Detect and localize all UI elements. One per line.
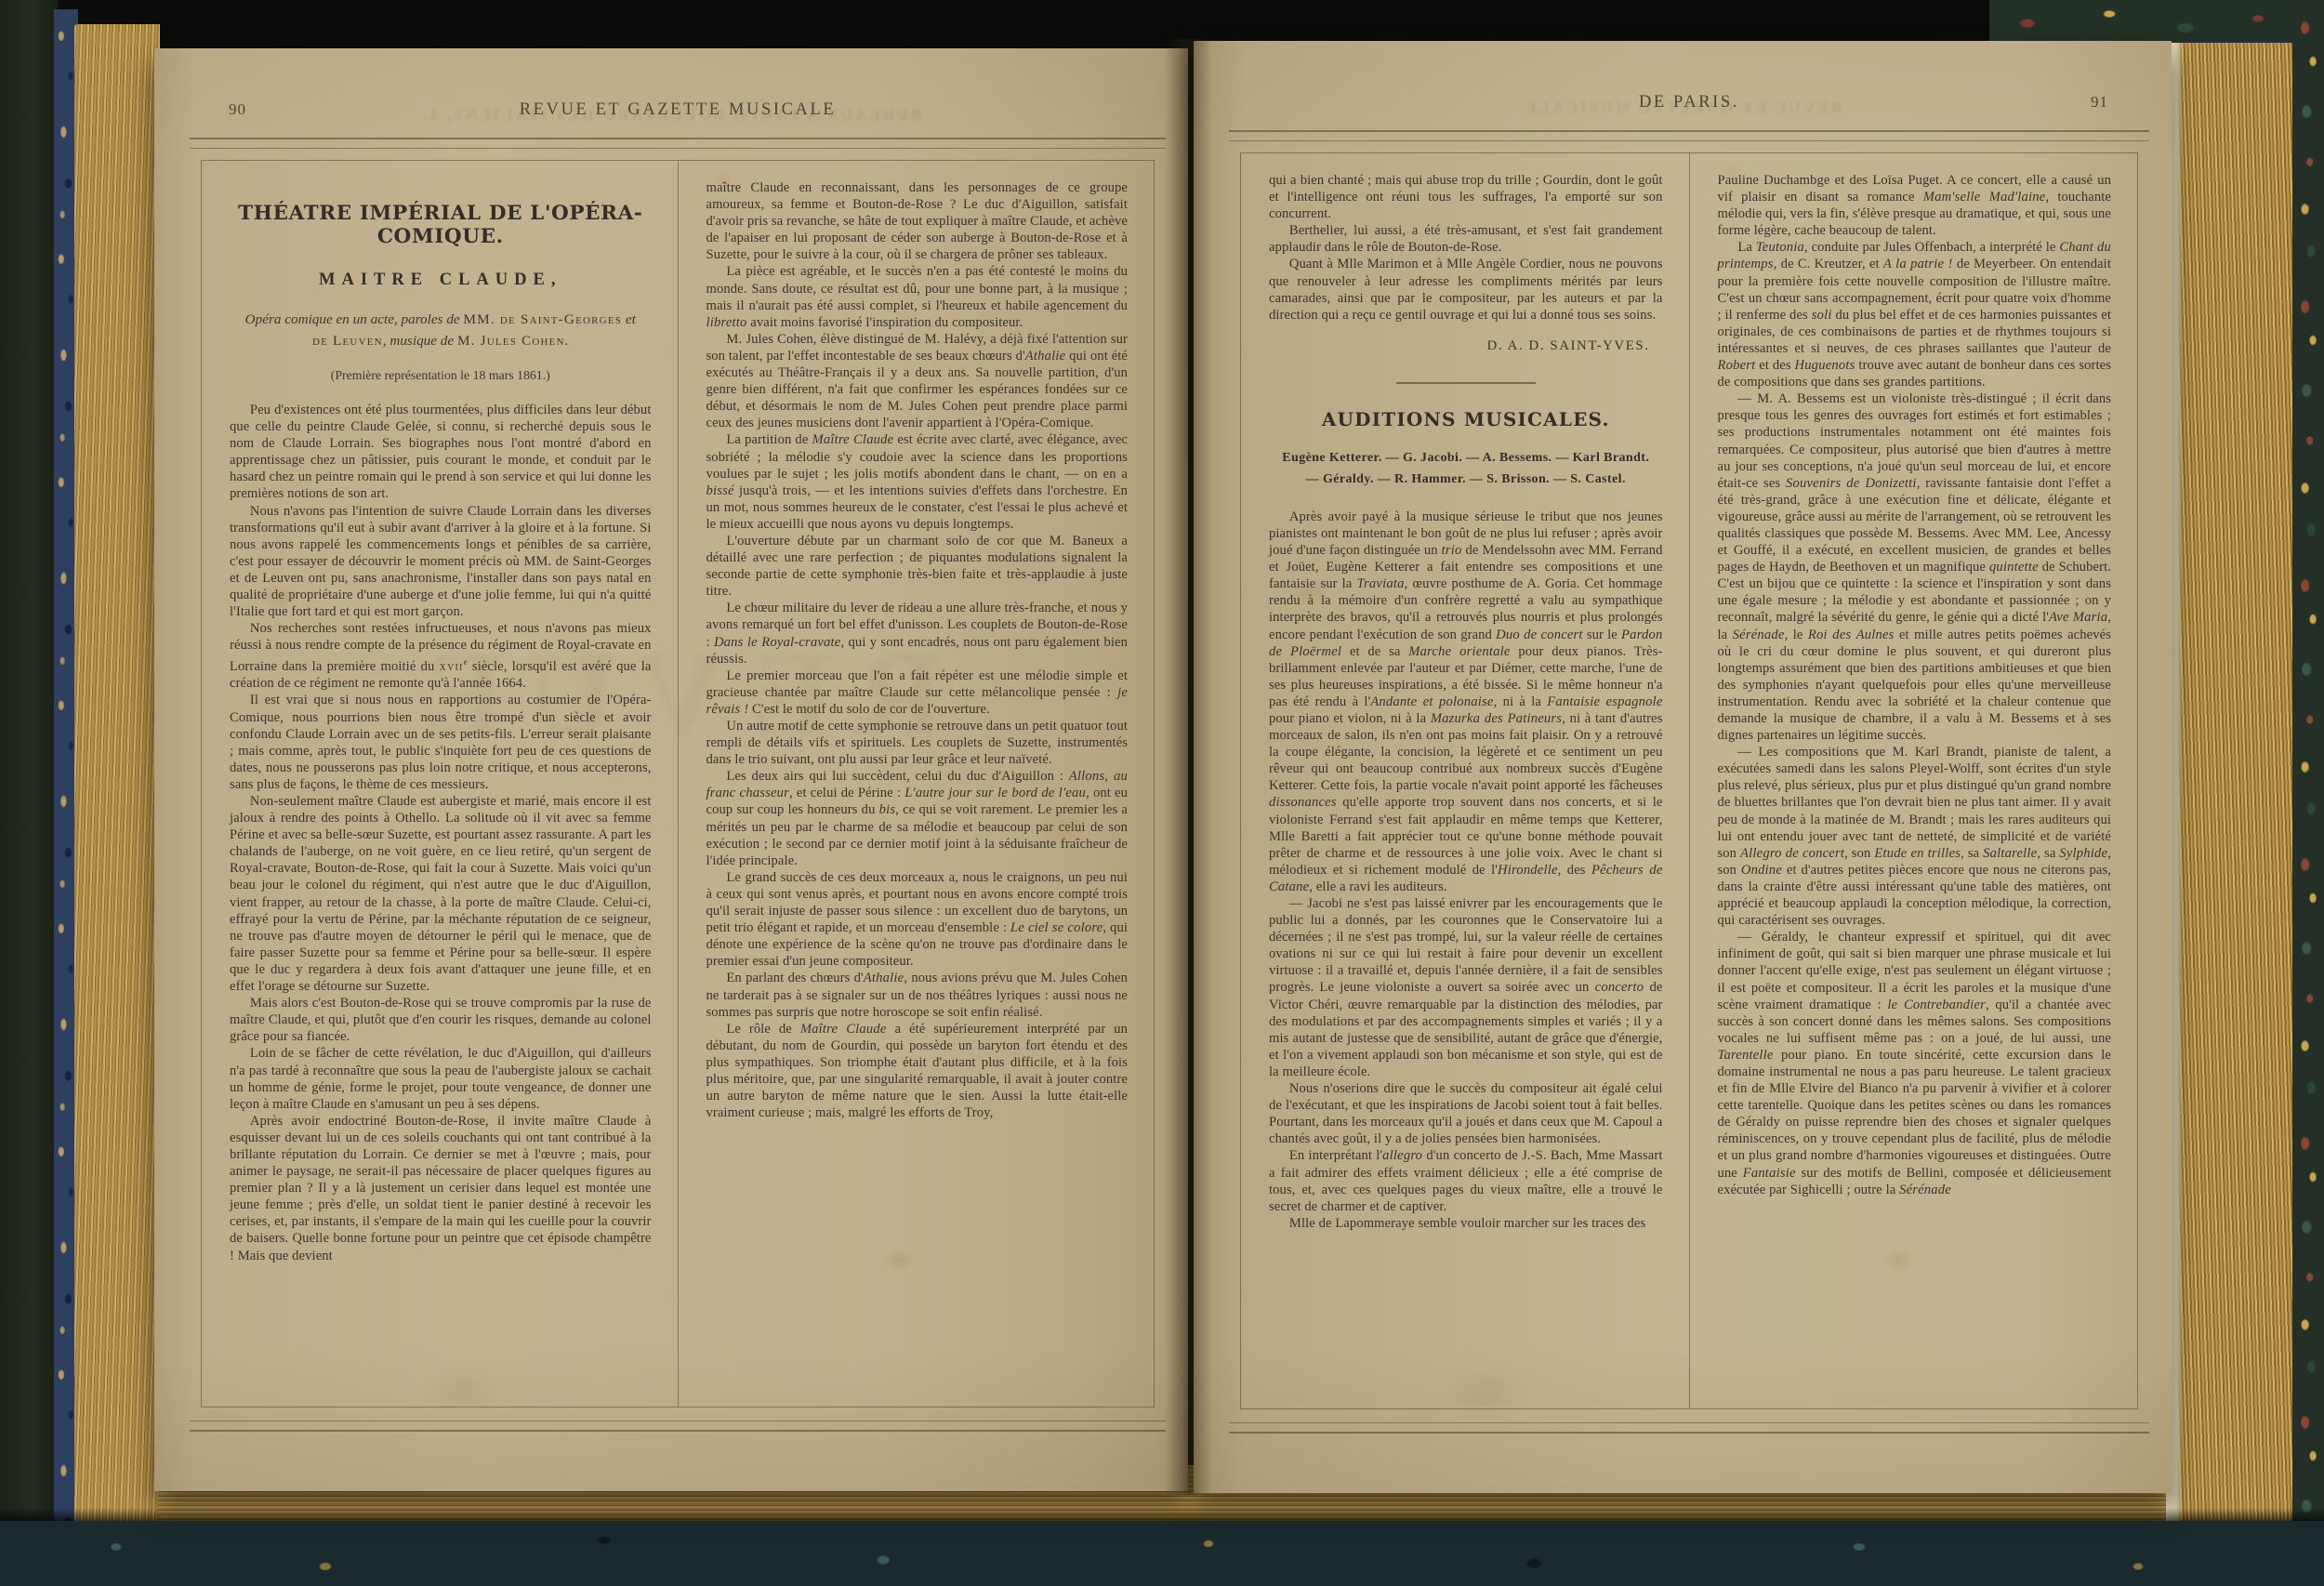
paragraph: qui a bien chanté ; mais qui abuse trop … xyxy=(1269,172,1663,222)
page-stack-edge-left xyxy=(74,24,160,1536)
article-title: THÉATRE IMPÉRIAL DE L'OPÉRA-COMIQUE. xyxy=(230,202,652,248)
article-head: THÉATRE IMPÉRIAL DE L'OPÉRA-COMIQUE. MAI… xyxy=(230,202,652,383)
paragraph: La pièce est agréable, et le succès n'en… xyxy=(706,263,1129,330)
paragraph: Mais alors c'est Bouton-de-Rose qui se t… xyxy=(230,995,652,1045)
book-scan: BUREAUX A PARIS, BOULEVARD DES ITALIENS,… xyxy=(0,0,2324,1586)
column-1: qui a bien chanté ; mais qui abuse trop … xyxy=(1241,153,1689,1408)
paragraph: Mlle de Lapommeraye semble vouloir march… xyxy=(1269,1215,1663,1232)
column-text: qui a bien chanté ; mais qui abuse trop … xyxy=(1269,172,1663,324)
book-cover-left xyxy=(0,0,58,1586)
column-2: Pauline Duchambge et des Loïsa Puget. A … xyxy=(1689,153,2138,1408)
paragraph: M. Jules Cohen, élève distingué de M. Ha… xyxy=(706,331,1129,432)
paragraph: La Teutonia, conduite par Jules Offenbac… xyxy=(1718,239,2112,390)
column-1: THÉATRE IMPÉRIAL DE L'OPÉRA-COMIQUE. MAI… xyxy=(202,161,678,1407)
paragraph: Nous n'oserions dire que le succès du co… xyxy=(1269,1080,1663,1147)
article-subtitle: MAITRE CLAUDE, xyxy=(230,271,652,290)
paragraph: Les deux airs qui lui succèdent, celui d… xyxy=(706,768,1129,869)
premiere-note: (Première représentation le 18 mars 1861… xyxy=(230,368,652,383)
author-signature: D. A. D. SAINT-YVES. xyxy=(1269,338,1650,354)
paragraph: Nous n'avons pas l'intention de suivre C… xyxy=(230,503,652,621)
paragraph: Nos recherches sont restées infructueuse… xyxy=(230,620,652,692)
page-stack-edge-right xyxy=(2166,43,2298,1521)
paragraph: Pauline Duchambge et des Loïsa Puget. A … xyxy=(1718,172,2112,239)
paragraph: — Jacobi ne s'est pas laissé enivrer par… xyxy=(1269,895,1663,1080)
paragraph: Il est vrai que si nous nous en rapporti… xyxy=(230,692,652,793)
paragraph: Un autre motif de cette symphonie se ret… xyxy=(706,718,1129,768)
footer-double-rule xyxy=(1229,1422,2149,1434)
paragraph: Après avoir endoctriné Bouton-de-Rose, i… xyxy=(230,1113,652,1264)
page-left: BUREAUX A PARIS, BOULEVARD DES ITALIENS,… xyxy=(154,48,1188,1491)
paragraph: En parlant des chœurs d'Athalie, nous av… xyxy=(706,970,1129,1020)
column-text: Peu d'existences ont été plus tourmentée… xyxy=(230,402,652,1264)
column-text: Après avoir payé à la musique sérieuse l… xyxy=(1269,509,1663,1232)
paragraph: — Les compositions que M. Karl Brandt, p… xyxy=(1718,744,2112,929)
section-divider-rule xyxy=(1396,382,1536,384)
paragraph: Quant à Mlle Marimon et à Mlle Angèle Co… xyxy=(1269,256,1663,323)
text-frame: qui a bien chanté ; mais qui abuse trop … xyxy=(1240,152,2138,1409)
article-byline: Opéra comique en un acte, paroles de MM.… xyxy=(230,309,652,351)
page-number: 90 xyxy=(229,100,246,119)
page-header: 90 REVUE ET GAZETTE MUSICALE xyxy=(197,100,1158,125)
paragraph: Loin de se fâcher de cette révélation, l… xyxy=(230,1045,652,1112)
marbled-cover-edge-right xyxy=(2292,0,2324,1586)
section-heading: AUDITIONS MUSICALES. xyxy=(1269,408,1663,430)
text-frame: THÉATRE IMPÉRIAL DE L'OPÉRA-COMIQUE. MAI… xyxy=(201,160,1155,1408)
footer-double-rule xyxy=(190,1421,1166,1432)
paragraph: Le rôle de Maître Claude a été supérieur… xyxy=(706,1021,1129,1122)
header-double-rule xyxy=(190,138,1166,149)
column-2: maître Claude en reconnaissant, dans les… xyxy=(678,161,1155,1407)
paragraph: En interprétant l'allegro d'un concerto … xyxy=(1269,1147,1663,1214)
paragraph: — M. A. Bessems est un violoniste très-d… xyxy=(1718,390,2112,744)
marbled-cover-corner-top-right xyxy=(1989,0,2305,46)
paragraph: Berthelier, lui aussi, a été très-amusan… xyxy=(1269,222,1663,256)
paragraph: — Géraldy, le chanteur expressif et spir… xyxy=(1718,929,2112,1198)
paragraph: La partition de Maître Claude est écrite… xyxy=(706,431,1129,533)
page-header: DE PARIS. 91 xyxy=(1236,93,2142,117)
page-number: 91 xyxy=(2091,93,2108,112)
paragraph: Le premier morceau que l'on a fait répét… xyxy=(706,667,1129,718)
paragraph: Peu d'existences ont été plus tourmentée… xyxy=(230,402,652,503)
paragraph: maître Claude en reconnaissant, dans les… xyxy=(706,179,1129,263)
paragraph: Non-seulement maître Claude est aubergis… xyxy=(230,793,652,995)
page-right: REVUE ET GAZETTE MUSICALE DE PARIS. 91 q… xyxy=(1194,41,2172,1493)
running-title: DE PARIS. xyxy=(1639,93,1739,112)
paragraph: Le grand succès de ces deux morceaux a, … xyxy=(706,869,1129,971)
performer-names-line2: — Géraldy. — R. Hammer. — S. Brisson. — … xyxy=(1269,469,1663,490)
performer-names: Eugène Ketterer. — G. Jacobi. — A. Besse… xyxy=(1269,447,1663,490)
header-double-rule xyxy=(1229,130,2149,141)
paragraph: Le chœur militaire du lever de rideau a … xyxy=(706,600,1129,667)
paragraph: L'ouverture débute par un charmant solo … xyxy=(706,533,1129,600)
marbled-cover-bottom xyxy=(0,1521,2324,1586)
performer-names-line1: Eugène Ketterer. — G. Jacobi. — A. Besse… xyxy=(1269,447,1663,469)
running-title: REVUE ET GAZETTE MUSICALE xyxy=(520,100,837,119)
paragraph: Après avoir payé à la musique sérieuse l… xyxy=(1269,509,1663,895)
spine-shadow xyxy=(1164,39,1212,1495)
